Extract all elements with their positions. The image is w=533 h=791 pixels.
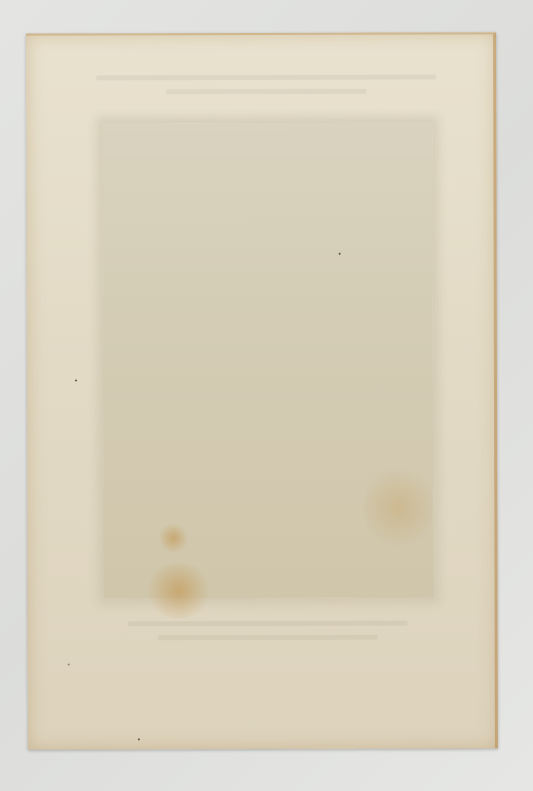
foxing-stain [363, 463, 433, 553]
foxing-stain [143, 563, 213, 618]
speck [138, 738, 140, 740]
speck [339, 253, 341, 255]
paper-sheet [26, 32, 498, 749]
speck [68, 664, 70, 666]
bleed-through-header-line [166, 89, 366, 95]
bleed-through-plate [102, 123, 433, 599]
bleed-through-caption-line [158, 635, 378, 641]
foxing-stain [158, 523, 188, 553]
speck [75, 379, 77, 381]
bleed-through-caption-line [128, 621, 408, 627]
bleed-through-header-line [96, 75, 436, 81]
